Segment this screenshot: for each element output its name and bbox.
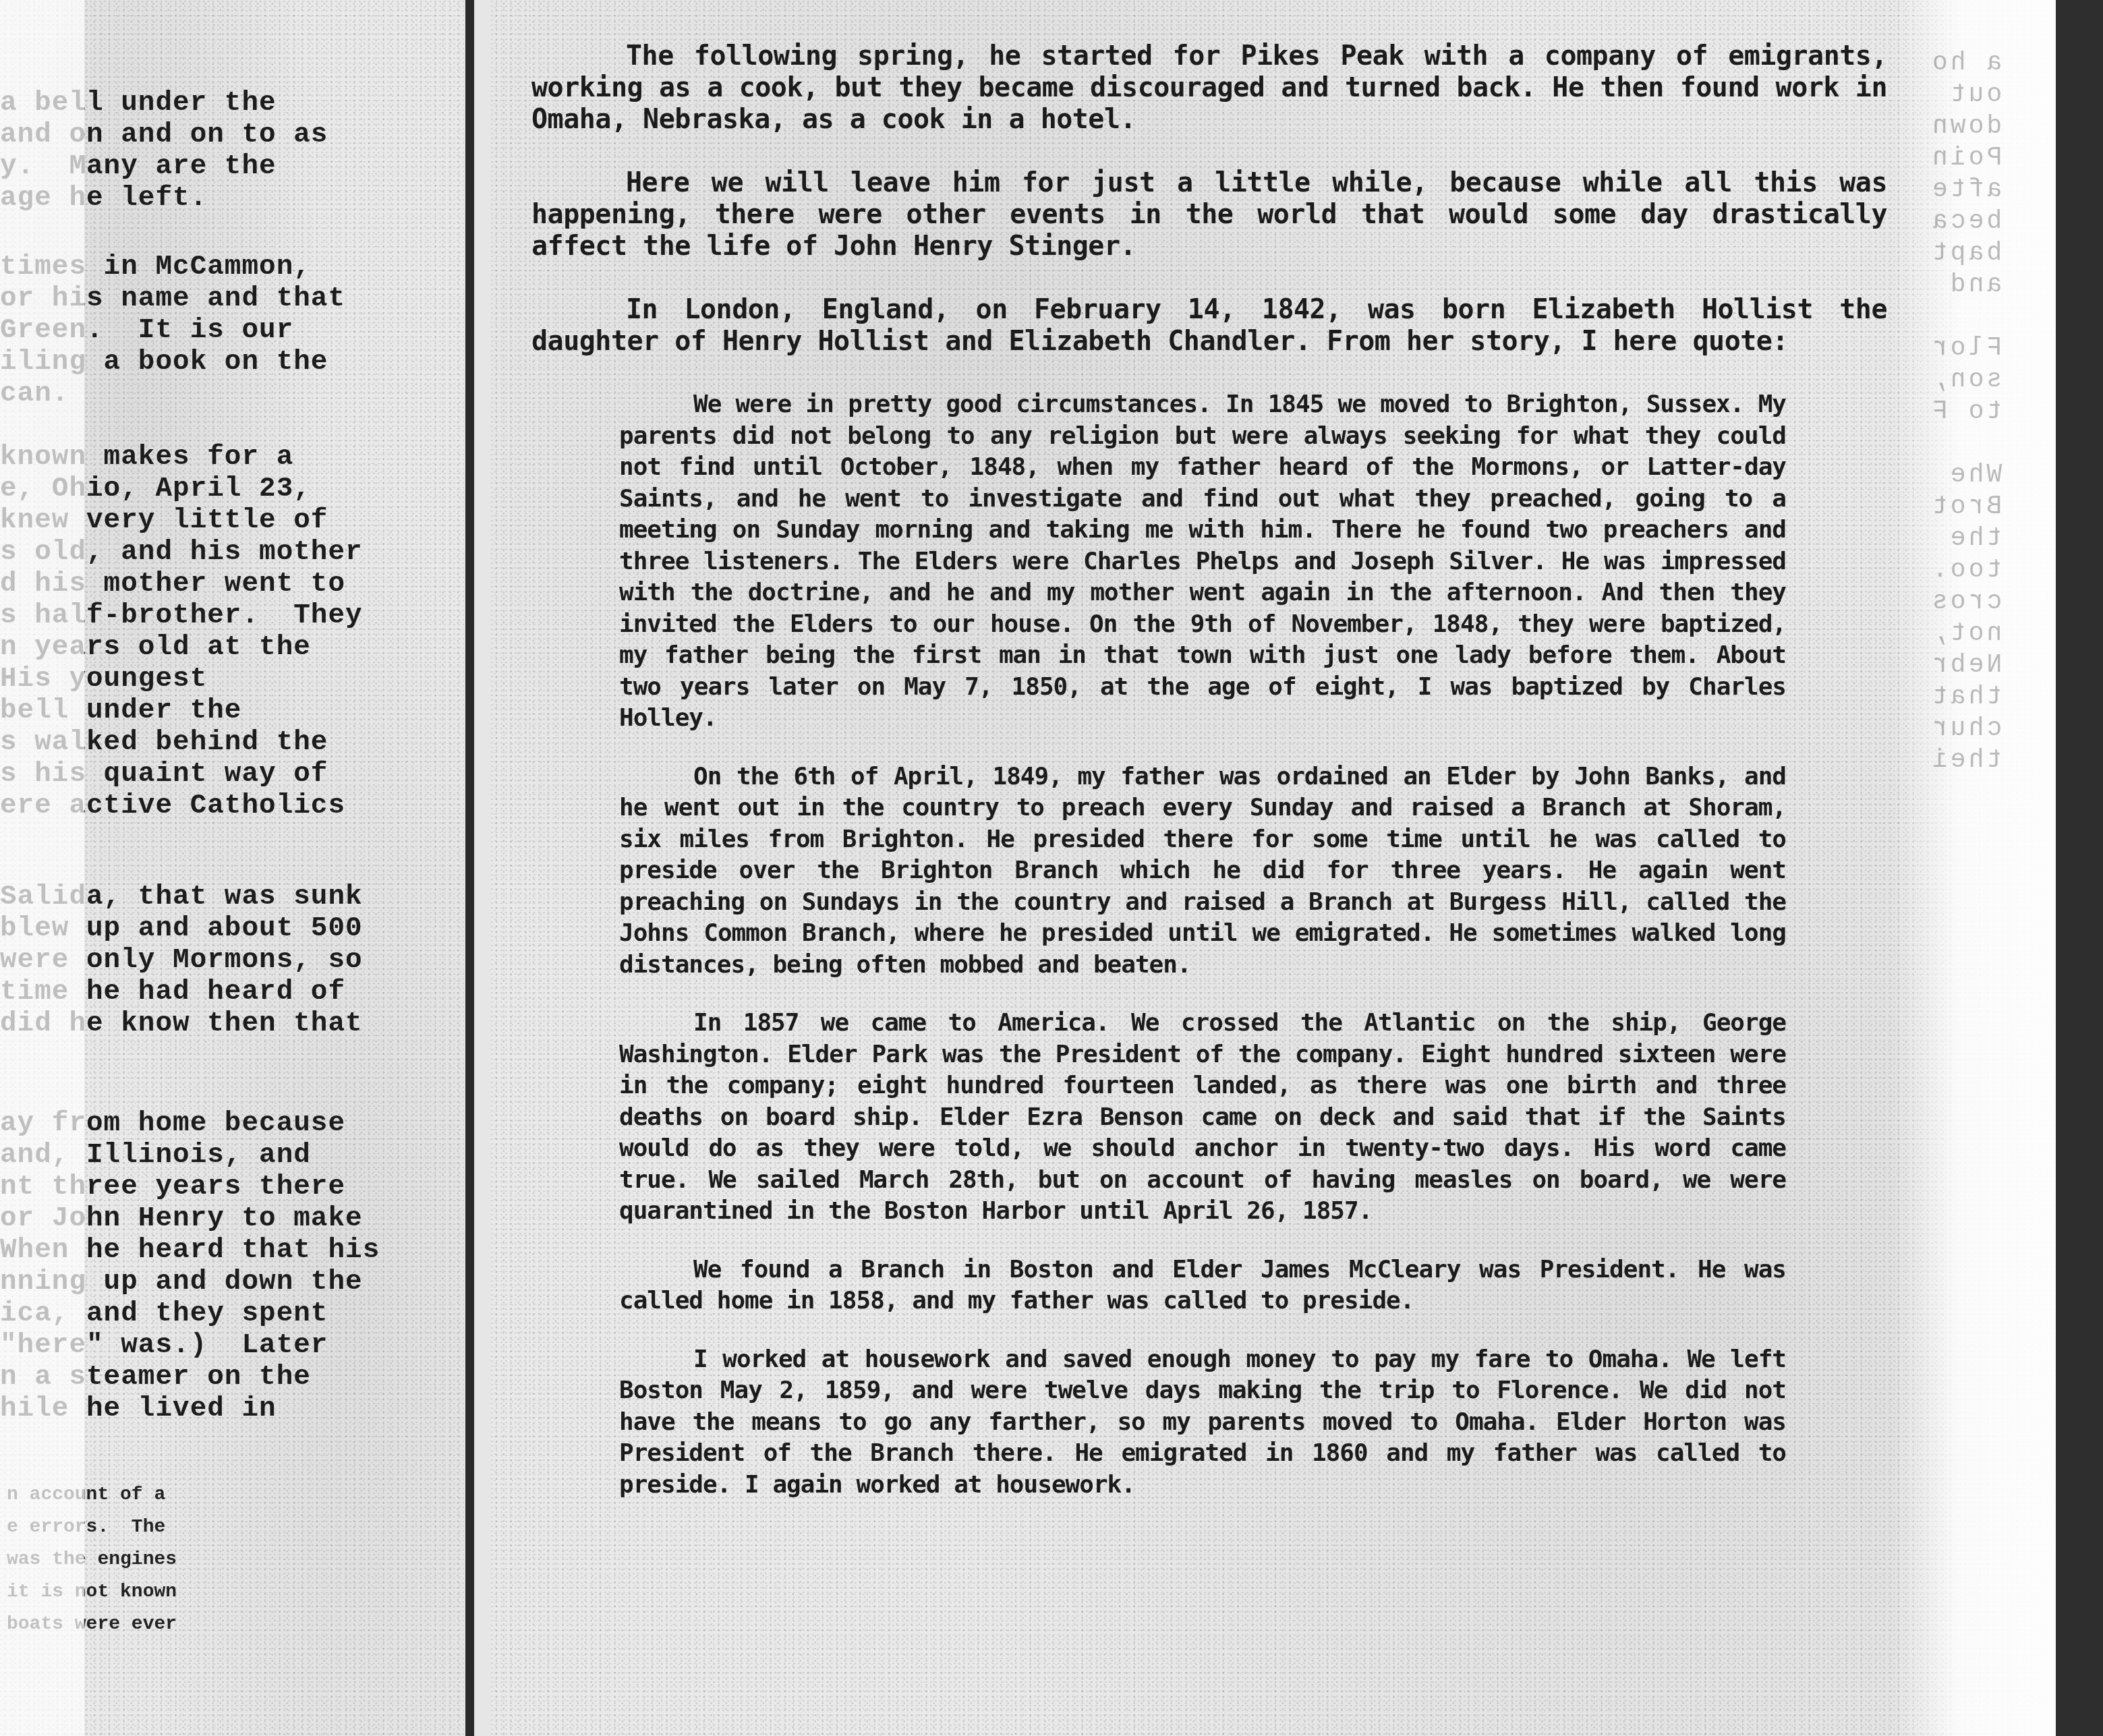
text-line: the [1930,523,2002,554]
text-line: not, [1930,618,2002,649]
text-line: Flor [1930,332,2002,364]
quoted-paragraph: I worked at housework and saved enough m… [619,1344,1786,1501]
left-page-fragment: a bell under theand on and on to asy. Ma… [0,0,464,1736]
main-page: a hooutdownPoinaftebecabaptand Florson,t… [491,0,2056,1736]
text-line: beca [1930,206,2002,237]
quoted-paragraph: In 1857 we came to America. We crossed t… [619,1008,1786,1227]
text-line: to F [1930,396,2002,428]
text-line: son, [1930,364,2002,396]
text-line: Brot [1930,491,2002,523]
faded-margin-overlay [0,0,84,1736]
text-line [1930,301,2002,332]
narrative-paragraph: Here we will leave him for just a little… [531,167,1887,262]
quoted-paragraph: On the 6th of April, 1849, my father was… [619,761,1786,981]
quoted-paragraph: We were in pretty good circumstances. In… [619,389,1786,734]
text-line: Nebr [1930,649,2002,681]
text-line: afte [1930,174,2002,206]
text-line: out [1930,79,2002,111]
text-line: and [1930,269,2002,301]
text-line: down [1930,111,2002,142]
text-line: thei [1930,745,2002,776]
gutter-divider-line [465,0,474,1736]
text-line: Whe [1930,459,2002,491]
text-line: that [1930,681,2002,713]
text-line: cros [1930,586,2002,618]
text-line: too. [1930,554,2002,586]
text-line: chur [1930,713,2002,745]
scan-border [2056,0,2103,1736]
text-line: Poin [1930,142,2002,174]
text-line [1930,428,2002,459]
narrative-paragraph: The following spring, he started for Pik… [531,40,1887,136]
text-line: bapt [1930,237,2002,269]
quoted-paragraph: We found a Branch in Boston and Elder Ja… [619,1254,1786,1317]
narrative-paragraph: In London, England, on February 14, 1842… [531,294,1887,357]
text-line: a ho [1930,47,2002,79]
mirrored-bleed-through-text: a hooutdownPoinaftebecabaptand Florson,t… [1930,47,2002,776]
page-body: The following spring, he started for Pik… [531,40,1914,1528]
quoted-memoir-block: We were in pretty good circumstances. In… [619,389,1786,1501]
